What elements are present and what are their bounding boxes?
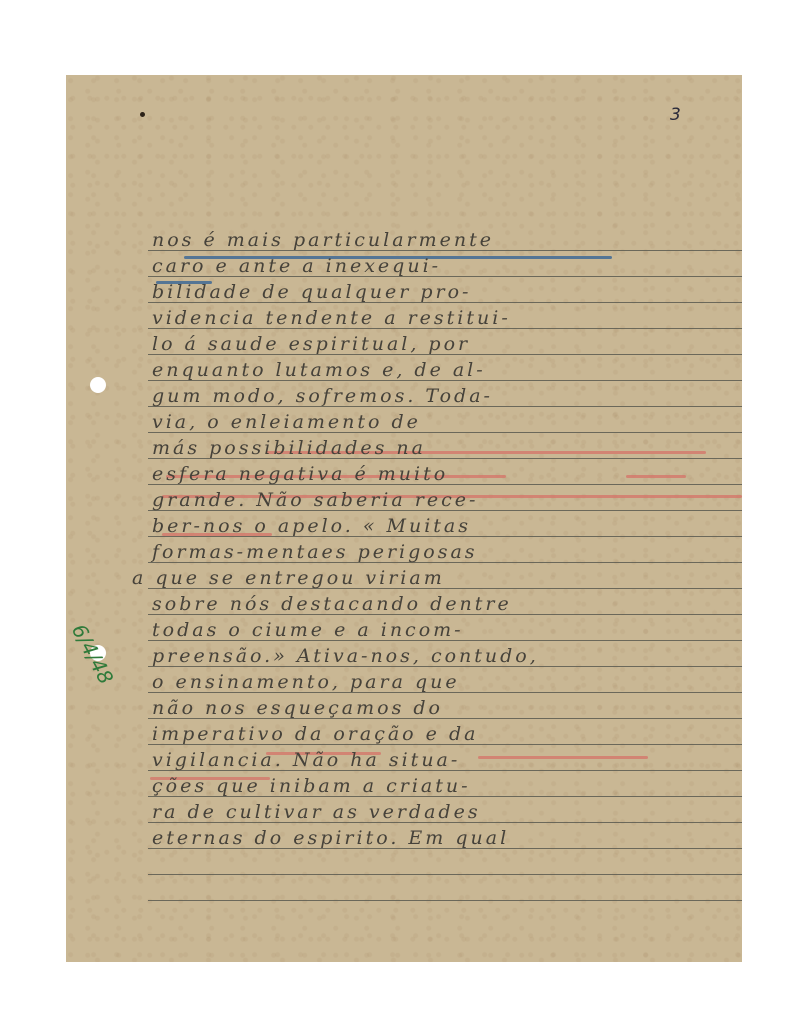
manuscript-line: bilidade de qualquer pro- [152,279,742,305]
manuscript-line: caro e ante a inexequi- [152,253,742,279]
manuscript-line: lo á saude espiritual, por [152,331,742,357]
manuscript-line: ra de cultivar as verdades [152,799,742,825]
manuscript-line: o ensinamento, para que [152,669,742,695]
manuscript-line: gum modo, sofremos. Toda- [152,383,742,409]
ruled-line [148,900,742,901]
margin-date-note: 6/4/48 [67,620,118,688]
manuscript-line: sobre nós destacando dentre [152,591,742,617]
manuscript-line: ções que inibam a criatu- [152,773,742,799]
manuscript-line: videncia tendente a restitui- [152,305,742,331]
manuscript-line: vigilancia. Não ha situa- [152,747,742,773]
manuscript-line: não nos esqueçamos do [152,695,742,721]
manuscript-line: ber-nos o apelo. « Muitas [152,513,742,539]
manuscript-line: nos é mais particularmente [152,227,742,253]
ink-dot [140,112,145,117]
manuscript-line: imperativo da oração e da [152,721,742,747]
manuscript-line: via, o enleiamento de [152,409,742,435]
manuscript-line: grande. Não saberia rece- [152,487,742,513]
punch-hole-top [90,377,106,393]
manuscript-line: preensão.» Ativa-nos, contudo, [152,643,742,669]
manuscript-line: esfera negativa é muito [152,461,742,487]
ruled-line [148,874,742,875]
manuscript-line: formas-mentaes perigosas [152,539,742,565]
manuscript-line: a que se entregou viriam [132,565,742,591]
page-number: 3 [670,105,681,125]
manuscript-page: 3 nos é mais particularmente caro e ante… [66,75,742,962]
manuscript-line: enquanto lutamos e, de al- [152,357,742,383]
manuscript-line: eternas do espirito. Em qual [152,825,742,851]
manuscript-line: más possibilidades na [152,435,742,461]
manuscript-line: todas o ciume e a incom- [152,617,742,643]
